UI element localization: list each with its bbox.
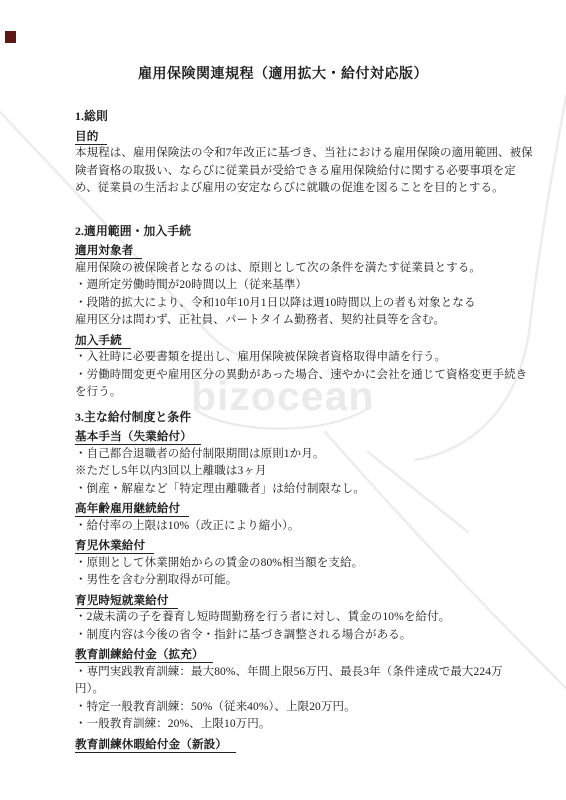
text-line: め、従業員の生活および雇用の安定ならびに就職の促進を図ることを目的とする。	[75, 180, 555, 198]
text-content: ・入社時に必要書類を提出し、雇用保険被保険者資格取得申請を行う。	[75, 351, 446, 363]
text-content: 育児休業給付	[75, 539, 154, 554]
sub-heading: 基本手当（失業給付）	[75, 428, 555, 446]
sub-heading: 育児休業給付	[75, 537, 555, 555]
section-heading: 3.主な給付制度と条件	[75, 409, 555, 427]
text-content: を行う。	[75, 386, 121, 398]
text-content: 加入手続	[75, 334, 131, 349]
text-content: ・自己都合退職者の給付制限期間は原則1か月。	[75, 448, 324, 460]
text-line: を行う。	[75, 384, 555, 402]
sub-heading: 育児時短就業給付	[75, 592, 555, 610]
text-line: 険者資格の取扱い、ならびに従業員が受給できる雇用保険給付に関する必要事項を定	[75, 163, 555, 181]
text-content: ・週所定労働時間が20時間以上（従来基準）	[75, 279, 307, 291]
corner-mark	[5, 31, 16, 43]
sub-heading: 適用対象者	[75, 242, 555, 260]
page-title: 雇用保険関連規程（適用拡大・給付対応版）	[0, 63, 566, 83]
sub-heading: 加入手続	[75, 332, 555, 350]
text-line: ・倒産・解雇など「特定理由離職者」は給付制限なし。	[75, 481, 555, 499]
text-content: ・一般教育訓練：20%、上限10万円。	[75, 718, 270, 730]
text-line: ・段階的拡大により、令和10年10月1日以降は週10時間以上の者も対象となる	[75, 295, 555, 313]
text-content: 目的	[75, 130, 107, 145]
text-content: ・給付率の上限は10%（改正により縮小）。	[75, 520, 299, 532]
text-content: 険者資格の取扱い、ならびに従業員が受給できる雇用保険給付に関する必要事項を定	[75, 165, 516, 177]
text-line: ・原則として休業開始からの賃金の80%相当額を支給。	[75, 555, 555, 573]
text-content: ・労働時間変更や雇用区分の異動があった場合、速やかに会社を通じて資格変更手続き	[75, 369, 527, 381]
document-page: bizocean ビズオーシャン 雇用保険関連規程（適用拡大・給付対応版） 1.…	[0, 0, 566, 800]
section-heading: 1.総則	[75, 108, 555, 126]
text-content: ・原則として休業開始からの賃金の80%相当額を支給。	[75, 557, 363, 569]
text-content: 育児時短就業給付	[75, 594, 178, 609]
text-line: ・給付率の上限は10%（改正により縮小）。	[75, 518, 555, 536]
text-content: 雇用保険の被保険者となるのは、原則として次の条件を満たす従業員とする。	[75, 262, 481, 274]
text-content: ・倒産・解雇など「特定理由離職者」は給付制限なし。	[75, 483, 365, 495]
text-line: ・一般教育訓練：20%、上限10万円。	[75, 716, 555, 734]
text-content: 雇用区分は問わず、正社員、パートタイム勤務者、契約社員等を含む。	[75, 314, 445, 326]
text-content: ・特定一般教育訓練：50%（従来40%）、上限20万円。	[75, 701, 356, 713]
text-content: ・男性を含む分割取得が可能。	[75, 574, 237, 586]
text-content: 2.適用範囲・加入手続	[75, 224, 191, 238]
text-content: ・段階的拡大により、令和10年10月1日以降は週10時間以上の者も対象となる	[75, 297, 476, 309]
text-line: 雇用保険の被保険者となるのは、原則として次の条件を満たす従業員とする。	[75, 260, 555, 278]
text-content: ・制度内容は今後の省令・指針に基づき調整される場合がある。	[75, 629, 411, 641]
text-content: 基本手当（失業給付）	[75, 430, 201, 445]
text-content: 教育訓練給付金（拡充）	[75, 648, 213, 663]
sub-heading: 教育訓練休暇給付金（新設）	[75, 736, 555, 754]
text-content: 円）。	[75, 683, 104, 695]
text-line: ・特定一般教育訓練：50%（従来40%）、上限20万円。	[75, 699, 555, 717]
text-content: め、従業員の生活および雇用の安定ならびに就職の促進を図ることを目的とする。	[75, 182, 504, 194]
sub-heading: 目的	[75, 128, 555, 146]
text-line: ・入社時に必要書類を提出し、雇用保険被保険者資格取得申請を行う。	[75, 349, 555, 367]
text-line: 円）。	[75, 681, 555, 699]
text-line: ・男性を含む分割取得が可能。	[75, 572, 555, 590]
text-content: 適用対象者	[75, 244, 142, 259]
text-content: 高年齢雇用継続給付	[75, 502, 189, 517]
text-line: 本規程は、雇用保険法の令和7年改正に基づき、当社における雇用保険の適用範囲、被保	[75, 145, 555, 163]
text-content: 本規程は、雇用保険法の令和7年改正に基づき、当社における雇用保険の適用範囲、被保	[75, 147, 533, 159]
section-heading: 2.適用範囲・加入手続	[75, 223, 555, 241]
sub-heading: 高年齢雇用継続給付	[75, 500, 555, 518]
text-line: ・制度内容は今後の省令・指針に基づき調整される場合がある。	[75, 627, 555, 645]
text-line: ・自己都合退職者の給付制限期間は原則1か月。	[75, 446, 555, 464]
text-content: 3.主な給付制度と条件	[75, 410, 191, 424]
text-line: ・専門実践教育訓練：最大80%、年間上限56万円、最長3年（条件達成で最大224…	[75, 664, 555, 682]
text-content: ※ただし5年以内3回以上離職は3ヶ月	[75, 465, 267, 477]
text-line: ・労働時間変更や雇用区分の異動があった場合、速やかに会社を通じて資格変更手続き	[75, 367, 555, 385]
text-line: ・2歳未満の子を養育し短時間勤務を行う者に対し、賃金の10%を給付。	[75, 609, 555, 627]
text-content: 教育訓練休暇給付金（新設）	[75, 738, 236, 753]
text-line: 雇用区分は問わず、正社員、パートタイム勤務者、契約社員等を含む。	[75, 312, 555, 330]
text-content: 1.総則	[75, 109, 108, 123]
text-line: ※ただし5年以内3回以上離職は3ヶ月	[75, 463, 555, 481]
text-line: ・週所定労働時間が20時間以上（従来基準）	[75, 277, 555, 295]
document-blocks: 1.総則目的本規程は、雇用保険法の令和7年改正に基づき、当社における雇用保険の適…	[75, 101, 555, 753]
text-content: ・専門実践教育訓練：最大80%、年間上限56万円、最長3年（条件達成で最大224…	[75, 666, 503, 678]
text-content: ・2歳未満の子を養育し短時間勤務を行う者に対し、賃金の10%を給付。	[75, 611, 450, 623]
sub-heading: 教育訓練給付金（拡充）	[75, 646, 555, 664]
